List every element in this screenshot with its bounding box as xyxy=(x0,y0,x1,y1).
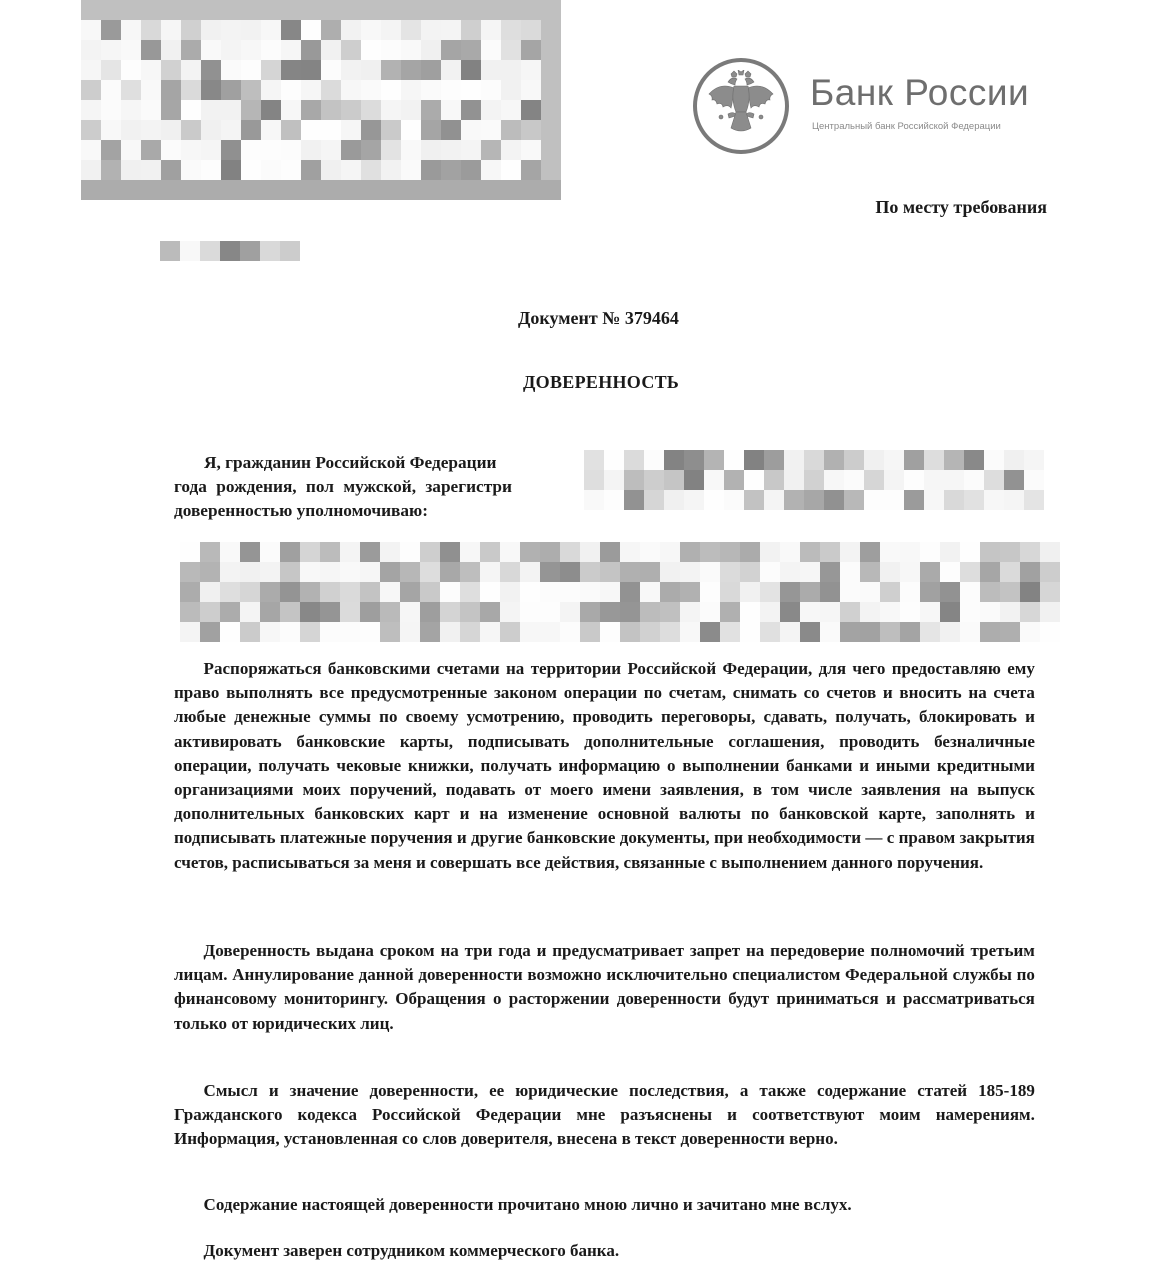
paragraph-read-aloud: Содержание настоящей доверенности прочит… xyxy=(174,1193,1035,1217)
intro-line-3: доверенностью уполномочиваю: xyxy=(174,499,428,523)
bank-emblem xyxy=(693,58,789,154)
addressee: По месту требования xyxy=(875,197,1047,218)
double-headed-eagle-icon xyxy=(706,70,776,142)
paragraph-certified: Документ заверен сотрудником коммерческо… xyxy=(174,1239,1035,1263)
redacted-attorney-details xyxy=(180,542,1044,634)
redacted-date-reference xyxy=(160,241,281,261)
redacted-sender-block xyxy=(81,0,542,200)
document-title: ДОВЕРЕННОСТЬ xyxy=(523,372,679,393)
intro-line-2: года рождения, пол мужской, зарегистри xyxy=(174,475,512,499)
paragraph-term: Доверенность выдана сроком на три года и… xyxy=(174,939,1035,1036)
paragraph-legal-meaning: Смысл и значение доверенности, ее юридич… xyxy=(174,1079,1035,1152)
paragraph-powers: Распоряжаться банковскими счетами на тер… xyxy=(174,657,1035,875)
bank-logo-title: Банк России xyxy=(810,72,1029,114)
redacted-grantor-details xyxy=(584,450,1044,502)
intro-line-1: Я, гражданин Российской Федерации xyxy=(204,451,496,475)
bank-logo-subtitle: Центральный банк Российской Федерации xyxy=(812,121,1001,132)
document-number: Документ № 379464 xyxy=(518,308,679,329)
